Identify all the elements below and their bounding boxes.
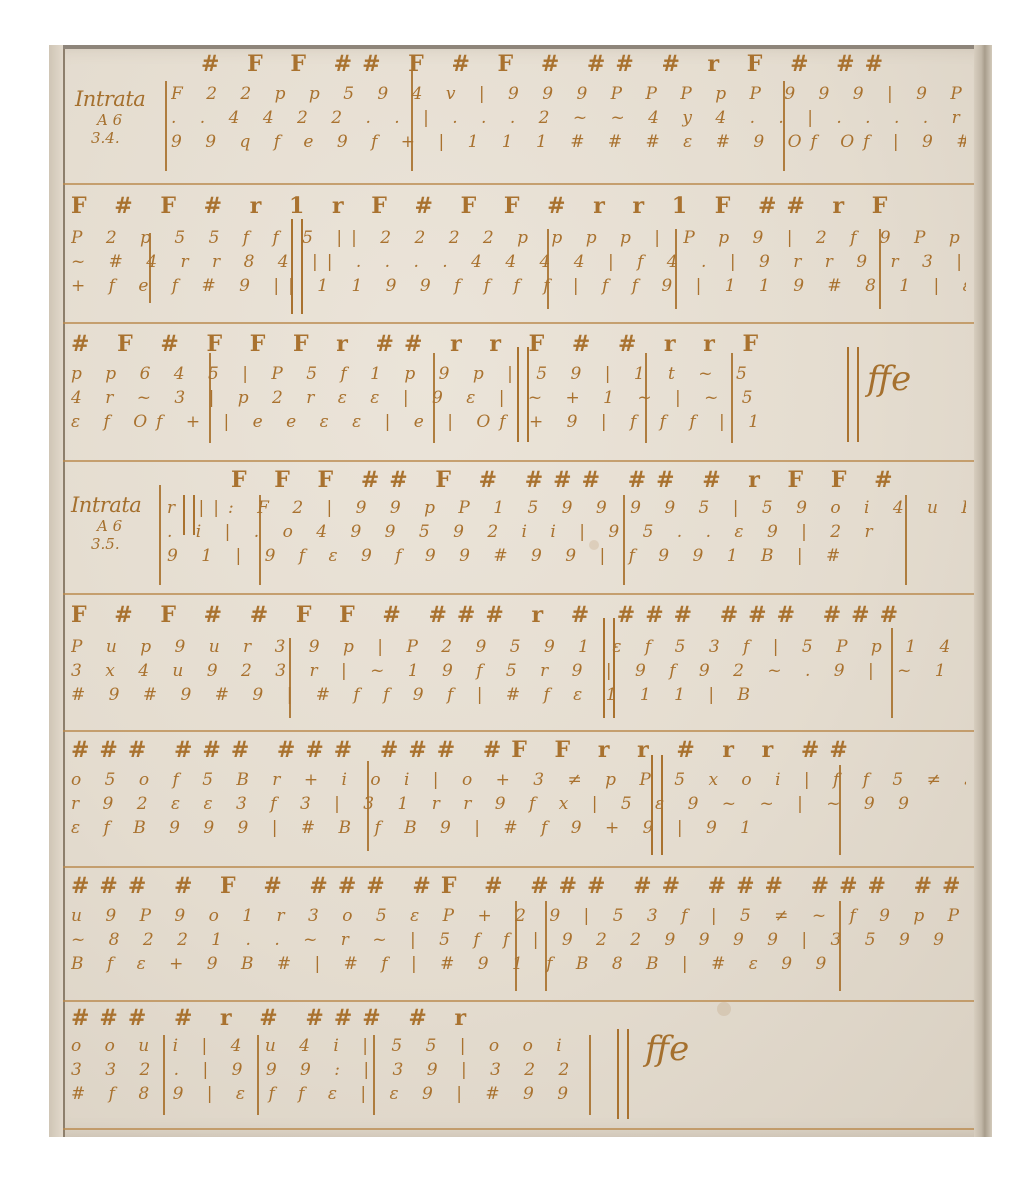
tablature-system-3: ffe # F # F F F r ## r r F # # r r F # 1… — [71, 327, 966, 457]
rhythm-signs: F F F ## F # ### ## # r F F # — [231, 467, 966, 493]
bar-line — [159, 485, 161, 585]
tab-row-mid: r 9 2 ε ε 3 f 3 | 3 1 r r 9 f x | 5 ε 9 … — [71, 795, 966, 814]
final-bar — [847, 347, 859, 442]
bar-line — [165, 81, 167, 171]
ruled-line — [63, 593, 974, 595]
rhythm-signs: # F # F F F r ## r r F # # r r F # 1 — [71, 331, 766, 357]
tab-row-bottom: + f e f # 9 || 1 1 9 9 f f f f | f f 9 |… — [71, 277, 966, 296]
ruled-line — [63, 1128, 974, 1130]
piece-number: 3.5. — [91, 535, 120, 553]
ruled-line — [63, 460, 974, 462]
bar-line — [589, 1035, 591, 1115]
piece-title: Intrata — [71, 493, 141, 517]
tab-row-top: p p 6 4 5 | P 5 f 1 p 9 p | 5 9 | 1 t ~ … — [71, 365, 766, 384]
final-bar — [617, 1029, 629, 1119]
rhythm-signs: ### # r # ### # r — [71, 1005, 586, 1031]
page-gutter — [49, 45, 65, 1137]
tab-row-top: o o u i | 4 u 4 i | 5 5 | o o i u u 4 u … — [71, 1037, 586, 1056]
piece-title: Intrata — [75, 87, 145, 111]
rhythm-signs: F # F # # F F # ### r # ### ### ### — [71, 602, 966, 628]
tab-row-top: F 2 2 p p 5 9 4 v | 9 9 9 P P P p P 9 9 … — [171, 85, 966, 104]
tab-row-mid: ~ 8 2 2 1 . . ~ r ~ | 5 f f | 9 2 2 9 9 … — [71, 931, 966, 950]
rhythm-signs: ### # F # ### #F # ### ## ### ### ### — [71, 873, 966, 899]
ruled-line — [63, 866, 974, 868]
ruled-line — [63, 322, 974, 324]
tab-row-mid: . i | . o 4 9 9 5 9 2 i i | 9 5 . . ε 9 … — [167, 523, 966, 542]
tab-row-top: r ||: F 2 | 9 9 p P 1 5 9 9 9 9 5 | 5 9 … — [167, 499, 966, 518]
ruled-line — [63, 1000, 974, 1002]
binding-edge-top — [63, 45, 992, 49]
binding-edge-right — [974, 45, 992, 1137]
piece-voices: A 6 — [97, 111, 122, 129]
tab-row-top: u 9 P 9 o 1 r 3 o 5 ε P + 2 9 | 5 3 f | … — [71, 907, 966, 926]
ruled-line — [63, 730, 974, 732]
tab-row-bottom: # 9 # 9 # 9 | # f f 9 f | # f ε 1 1 1 | … — [71, 686, 966, 705]
tab-row-top: P 2 p 5 5 f f 5 || 2 2 2 2 p p p p | P p… — [71, 229, 966, 248]
tab-row-top: o 5 o f 5 B r + i o i | o + 3 ≠ p P 5 x … — [71, 771, 966, 790]
tab-row-bottom: 9 1 | 9 f ε 9 f 9 9 # 9 9 | f 9 9 1 B | … — [167, 547, 966, 566]
tablature-system-1: Intrata A 6 3.4. # F F ## F # F # ## # r… — [71, 51, 966, 181]
tab-row-mid: 3 x 4 u 9 2 3 r | ~ 1 9 f 5 r 9 | 9 f 9 … — [71, 662, 966, 681]
tab-row-mid: ~ # 4 r r 8 4 || . . . . 4 4 4 4 | f 4 .… — [71, 253, 966, 272]
rhythm-signs: # F F ## F # F # ## # r F # ## — [201, 51, 966, 77]
piece-voices: A 6 — [97, 517, 122, 535]
tab-row-bottom: # f 8 9 | ε f f ε | ε 9 | # 9 9 9 f f 9 … — [71, 1085, 586, 1104]
tablature-system-8: ffe ### # r # ### # r o o u i | 4 u 4 i … — [71, 1005, 966, 1125]
tab-row-mid: . . 4 4 2 2 . . | . . . 2 ~ ~ 4 y 4 . . … — [171, 109, 966, 128]
tablature-system-6: ### ### ### ### #F F r r # r r ## o 5 o … — [71, 735, 966, 863]
fine-mark: ffe — [867, 359, 911, 399]
tablature-system-5: F # F # # F F # ### r # ### ### ### P u … — [71, 598, 966, 728]
tab-row-bottom: ε f Of + | e e ε ε | e | Of + 9 | f f f … — [71, 413, 766, 432]
rhythm-signs: ### ### ### ### #F F r r # r r ## — [71, 737, 966, 763]
tablature-system-7: ### # F # ### #F # ### ## ### ### ### u … — [71, 871, 966, 997]
tab-row-bottom: 9 9 q f e 9 f + | 1 1 1 # # # ε # 9 Of O… — [171, 133, 966, 152]
tab-row-bottom: ε f B 9 9 9 | # B f B 9 | # f 9 + 9 | 9 … — [71, 819, 966, 838]
tab-row-mid: 3 3 2 . | 9 9 9 : | 3 9 | 3 2 2 9 9 9 9 … — [71, 1061, 586, 1080]
tab-row-bottom: B f ε + 9 B # | # f | # 9 1 f B 8 B | # … — [71, 955, 966, 974]
tab-row-top: P u p 9 u r 3 9 p | P 2 9 5 9 1 ε f 5 3 … — [71, 638, 966, 657]
manuscript-page: Intrata A 6 3.4. # F F ## F # F # ## # r… — [49, 45, 992, 1137]
ruled-line — [63, 183, 974, 185]
piece-number: 3.4. — [91, 129, 120, 147]
rhythm-signs: F # F # r 1 r F # F F # r r 1 F ## r F — [71, 193, 966, 219]
tablature-system-2: F # F # r 1 r F # F F # r r 1 F ## r F P… — [71, 189, 966, 319]
tablature-system-4: Intrata A 6 3.5. F F F ## F # ### ## # r… — [71, 465, 966, 591]
tab-row-mid: 4 r ~ 3 | p 2 r ε ε | 9 ε | ~ + 1 ~ | ~ … — [71, 389, 766, 408]
fine-mark: ffe — [645, 1029, 689, 1069]
